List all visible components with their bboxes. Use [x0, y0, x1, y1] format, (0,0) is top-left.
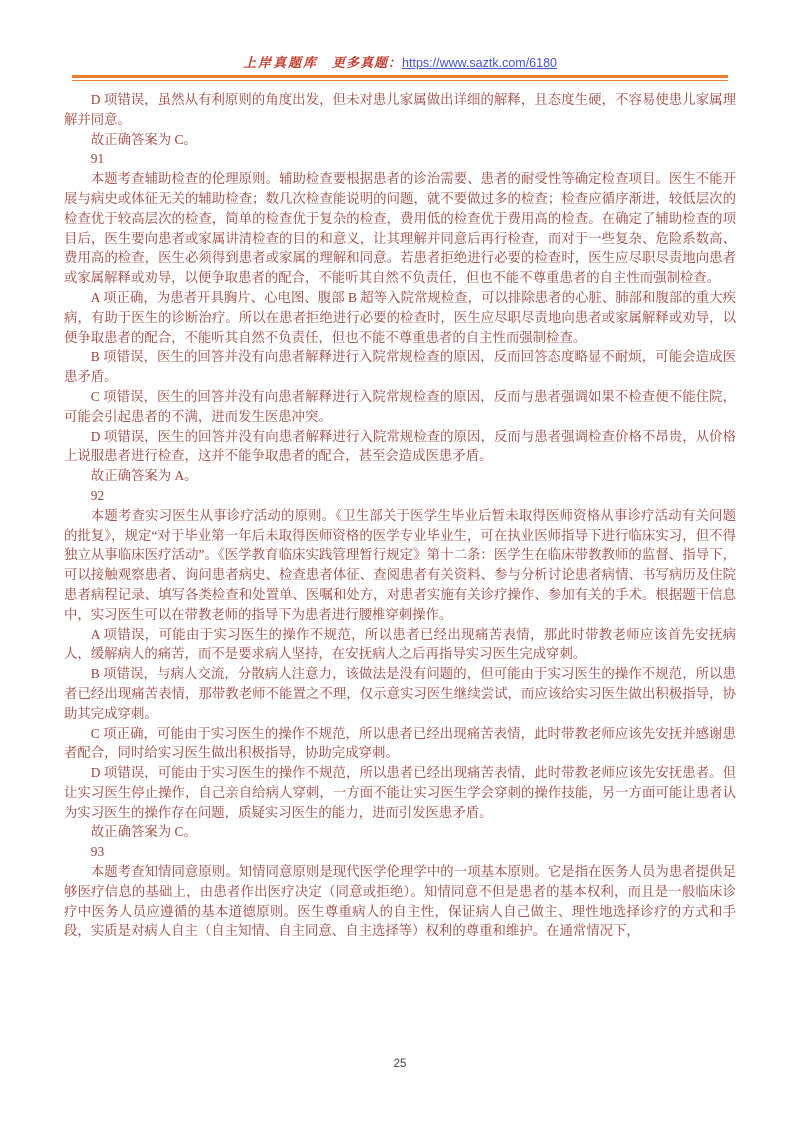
page-number: 25 [394, 1058, 407, 1070]
paragraph-q91-analysis: 本题考查辅助检查的伦理原则。辅助检查要根据患者的诊治需要、患者的耐受性等确定检查… [64, 169, 736, 288]
question-number-91: 91 [64, 149, 736, 169]
page-footer: 25 [0, 1058, 800, 1070]
answer-line: 故正确答案为 A。 [64, 466, 736, 486]
site-link[interactable]: https://www.saztk.com/6180 [402, 56, 557, 70]
question-number-93: 93 [64, 842, 736, 862]
paragraph-q91-option-c: C 项错误，医生的回答并没有向患者解释进行入院常规检查的原因，反而与患者强调如果… [64, 387, 736, 427]
more-questions-label: 更多真题： [332, 55, 402, 70]
question-number-92: 92 [64, 486, 736, 506]
paragraph-q92-option-c: C 项正确，可能由于实习医生的操作不规范，所以患者已经出现痛苦表情，此时带教老师… [64, 724, 736, 764]
paragraph-q91-option-b: B 项错误，医生的回答并没有向患者解释进行入院常规检查的原因，反而回答态度略显不… [64, 347, 736, 387]
paragraph-q92-option-b: B 项错误，与病人交流，分散病人注意力，该做法是没有问题的，但可能由于实习医生的… [64, 664, 736, 723]
page-header: 上岸真题库更多真题：https://www.saztk.com/6180 [64, 52, 736, 71]
paragraph-q92-option-a: A 项错误，可能由于实习医生的操作不规范，所以患者已经出现痛苦表情，那此时带教老… [64, 625, 736, 665]
header-divider-rule [72, 75, 728, 81]
paragraph-q91-option-a: A 项正确，为患者开具胸片、心电图、腹部 B 超等入院常规检查，可以排除患者的心… [64, 288, 736, 347]
paragraph-q93-analysis: 本题考查知情同意原则。知情同意原则是现代医学伦理学中的一项基本原则。它是指在医务… [64, 862, 736, 941]
paragraph-option-d-prev: D 项错误，虽然从有利原则的角度出发，但未对患儿家属做出详细的解释，且态度生硬，… [64, 90, 736, 130]
paragraph-q92-option-d: D 项错误，可能由于实习医生的操作不规范，所以患者已经出现痛苦表情，此时带教老师… [64, 763, 736, 822]
answer-line: 故正确答案为 C。 [64, 130, 736, 150]
answer-line: 故正确答案为 C。 [64, 822, 736, 842]
paragraph-q91-option-d: D 项错误，医生的回答并没有向患者解释进行入院常规检查的原因，反而与患者强调检查… [64, 427, 736, 467]
document-page: 上岸真题库更多真题：https://www.saztk.com/6180 D 项… [0, 0, 800, 1132]
brand-text: 上岸真题库 [243, 55, 318, 70]
paragraph-q92-analysis: 本题考查实习医生从事诊疗活动的原则。《卫生部关于医学生毕业后暂未取得医师资格从事… [64, 506, 736, 625]
answer-explanations: D 项错误，虽然从有利原则的角度出发，但未对患儿家属做出详细的解释，且态度生硬，… [64, 90, 736, 941]
